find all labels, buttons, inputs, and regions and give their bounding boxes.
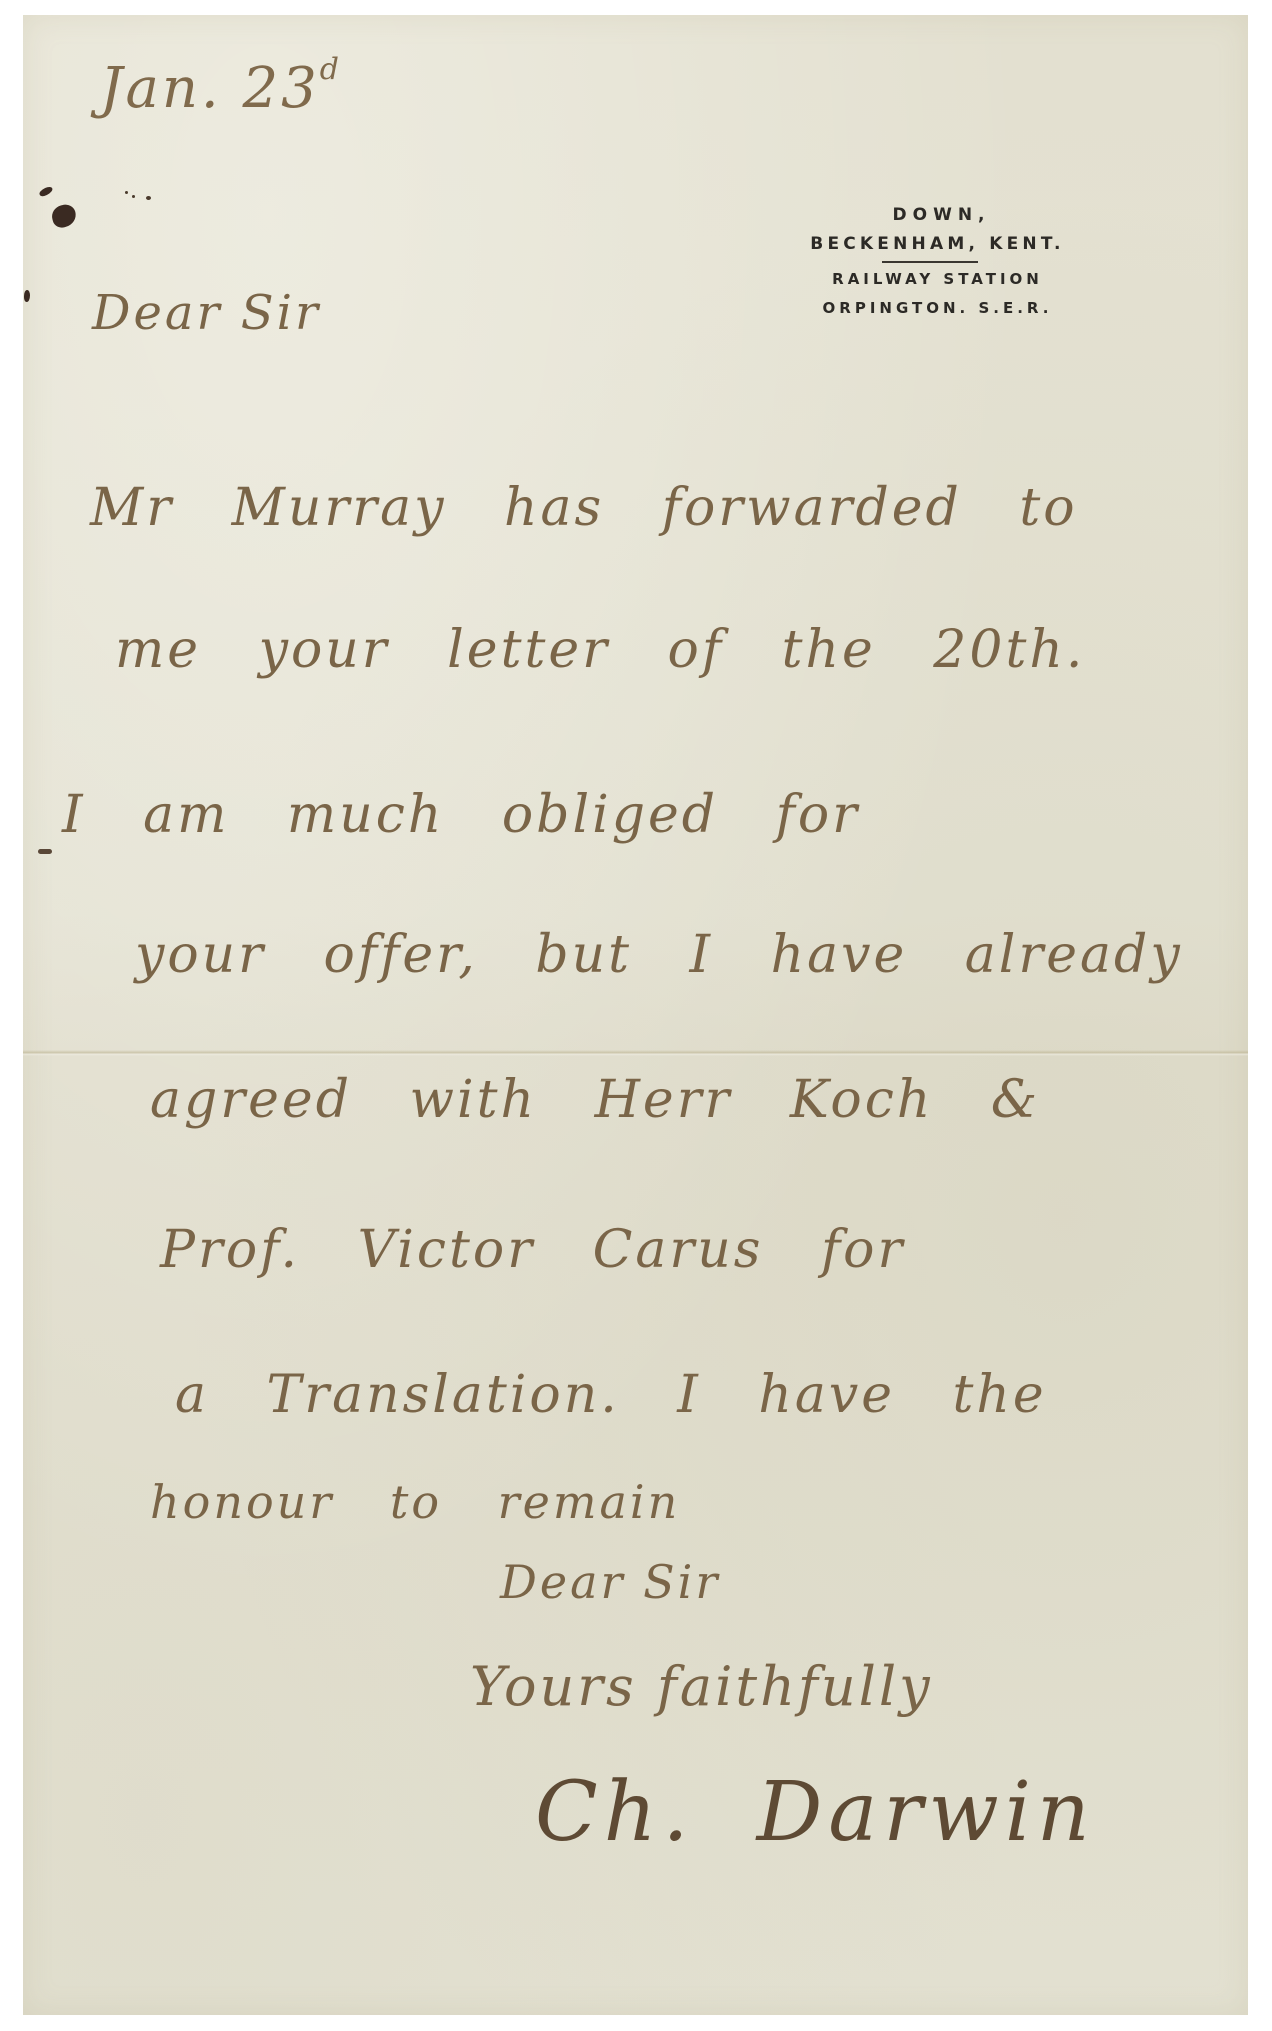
closing-valediction: Yours faithfully bbox=[470, 1655, 933, 1718]
signature: Ch. Darwin bbox=[535, 1765, 1096, 1860]
letterhead-line-1: DOWN, bbox=[773, 205, 1110, 225]
body-line: agreed with Herr Koch & bbox=[150, 1070, 1040, 1130]
letterhead-line-2: BECKENHAM, KENT. bbox=[765, 234, 1110, 254]
body-line: honour to remain bbox=[150, 1475, 680, 1529]
ink-dash-mark bbox=[38, 849, 52, 854]
salutation: Dear Sir bbox=[92, 285, 321, 341]
body-line: a Translation. I have the bbox=[175, 1365, 1047, 1425]
letter-date: Jan. 23d bbox=[100, 52, 342, 121]
printed-letterhead: DOWN, BECKENHAM, KENT. RAILWAY STATION O… bbox=[765, 205, 1110, 317]
body-line: Mr Murray has forwarded to bbox=[90, 478, 1078, 538]
ink-speck bbox=[146, 196, 151, 200]
ink-speck bbox=[132, 195, 135, 198]
body-line: Prof. Victor Carus for bbox=[160, 1220, 905, 1280]
closing-salutation: Dear Sir bbox=[500, 1555, 720, 1609]
letterhead-line-4: ORPINGTON. S.E.R. bbox=[765, 299, 1110, 317]
body-line: me your letter of the 20th. bbox=[115, 620, 1085, 680]
body-line: I am much obliged for bbox=[62, 785, 860, 845]
ink-speck bbox=[125, 191, 128, 194]
letterhead-line-3: RAILWAY STATION bbox=[765, 270, 1110, 288]
paper-fold-crease bbox=[23, 1050, 1248, 1056]
date-text: Jan. 23 bbox=[100, 56, 320, 121]
date-superscript: d bbox=[320, 52, 342, 87]
body-line: your offer, but I have already bbox=[135, 925, 1183, 985]
letterhead-rule bbox=[882, 261, 978, 263]
